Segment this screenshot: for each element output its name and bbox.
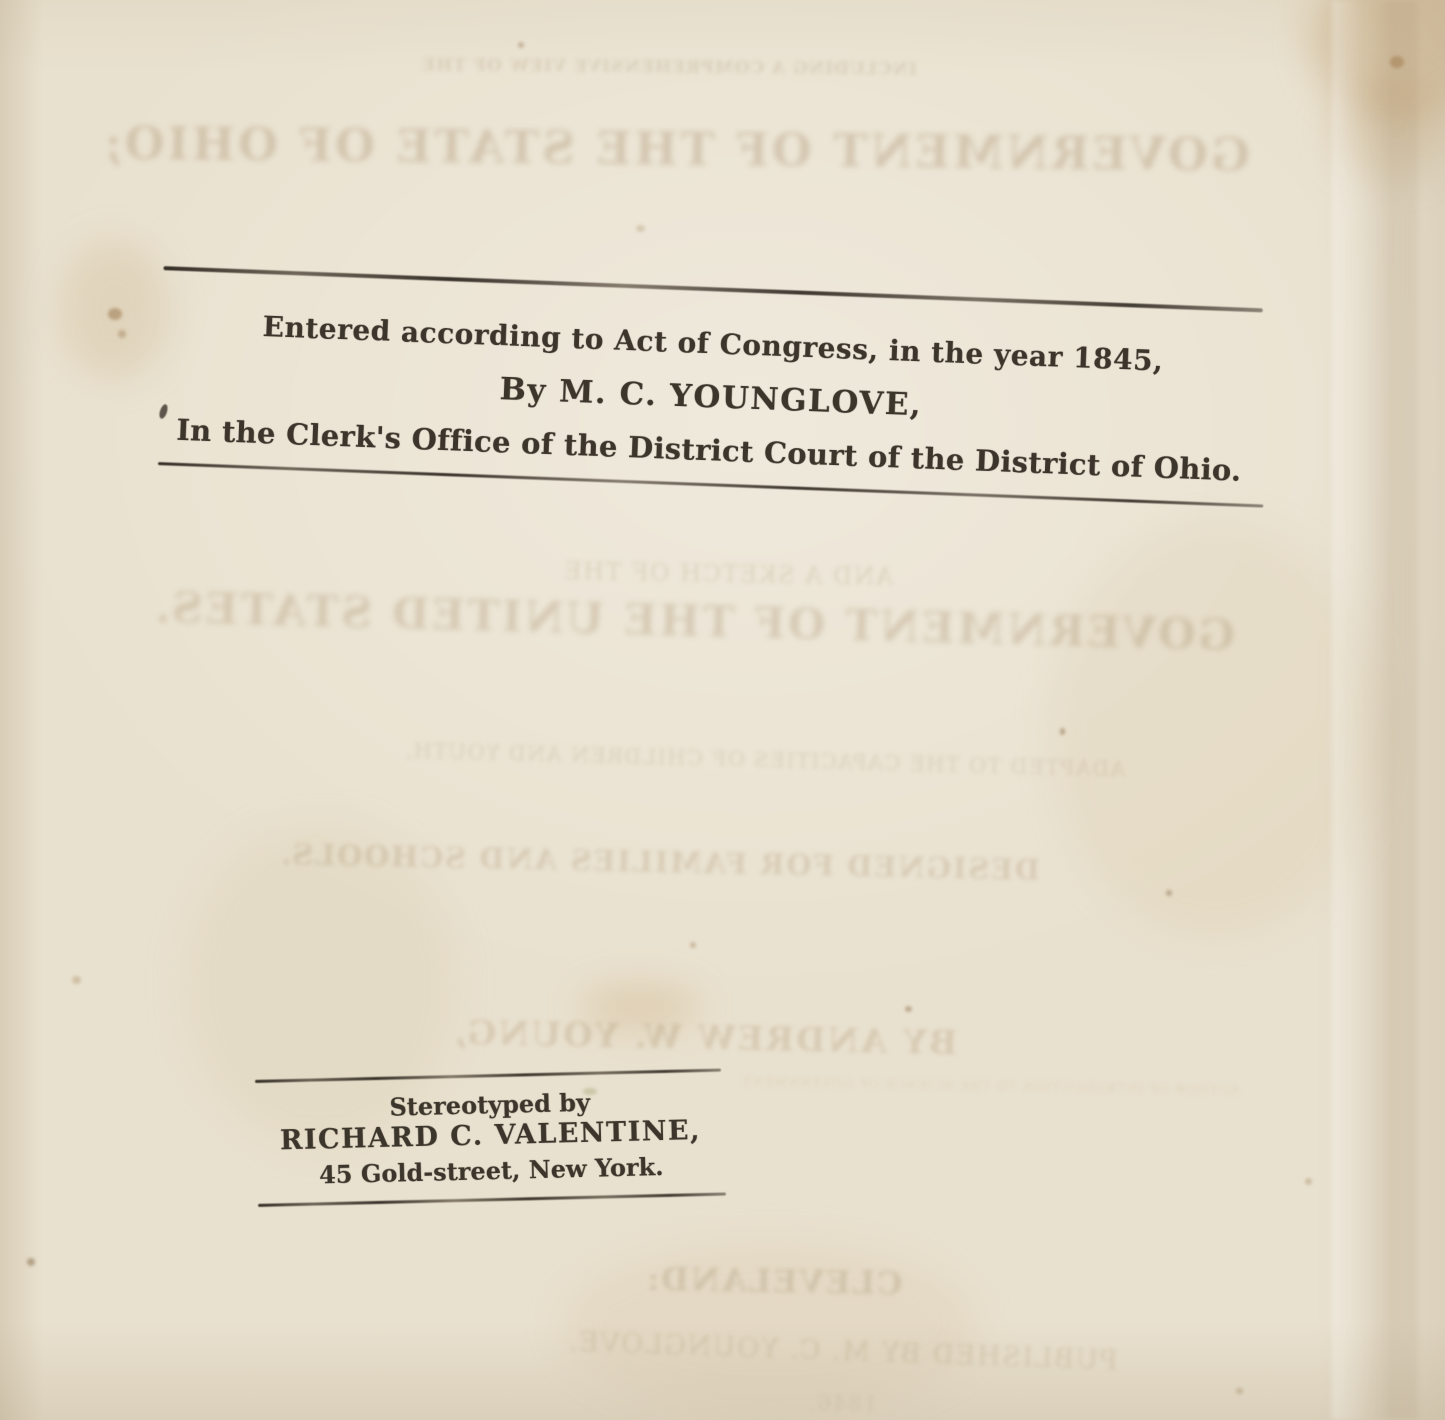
paper-stain [560, 1240, 980, 1410]
double-rule-top [163, 266, 1262, 312]
bleed-through-line: AUTHOR OF INTRODUCTION TO THE SCIENCE OF… [815, 1076, 1240, 1098]
foxing-spot [905, 1006, 912, 1012]
foxing-spot [1166, 890, 1172, 896]
bleed-through-line: BY ANDREW W. YOUNG, [420, 1012, 991, 1064]
bleed-through-line: INCLUDING A COMPREHENSIVE VIEW OF THE [545, 56, 917, 79]
foxing-spot [118, 330, 126, 338]
foxing-spot [72, 976, 81, 984]
stereotyper-block: Stereotyped by RICHARD C. VALENTINE, 45 … [253, 1066, 728, 1211]
foxing-spot [108, 308, 122, 320]
foxing-spot [1060, 728, 1065, 735]
bleed-through-line: DESIGNED FOR FAMILIES AND SCHOOLS. [280, 837, 1041, 887]
bleed-through-line: GOVERNMENT OF THE UNITED STATES. [235, 585, 1236, 661]
foxing-spot [1305, 1178, 1312, 1185]
paper-stain [580, 985, 700, 1030]
foxing-spot [690, 942, 696, 948]
bleed-through-line: AND A SKETCH OF THE [540, 557, 916, 592]
foxing-spot [27, 1258, 35, 1266]
foxing-spot [1390, 56, 1404, 68]
bleed-through-line: ADAPTED TO THE CAPACITIES OF CHILDREN AN… [320, 736, 1210, 783]
foxing-spot [636, 225, 645, 232]
bleed-through-line: PUBLISHED BY M. C. YOUNGLOVE. [530, 1325, 1156, 1378]
foxing-spot [518, 42, 524, 48]
stereotyper-address-line: 45 Gold-street, New York. [255, 1150, 728, 1191]
stereotyper-rule-bottom [258, 1192, 726, 1206]
foxing-spot [1236, 1388, 1243, 1394]
bleed-through-line: CLEVELAND: [640, 1260, 909, 1303]
page-crease [1332, 0, 1418, 1420]
stereotyper-rule-top [255, 1069, 721, 1083]
bleed-through-line: 1846. [795, 1391, 890, 1418]
photographed-book-page: { "page_kind": "antique book copyright p… [0, 0, 1445, 1420]
paper-stain [1050, 520, 1380, 940]
copyright-block: Entered according to Act of Congress, in… [152, 256, 1271, 515]
bleed-through-line: GOVERNMENT OF THE STATE OF OHIO; [150, 116, 1251, 182]
